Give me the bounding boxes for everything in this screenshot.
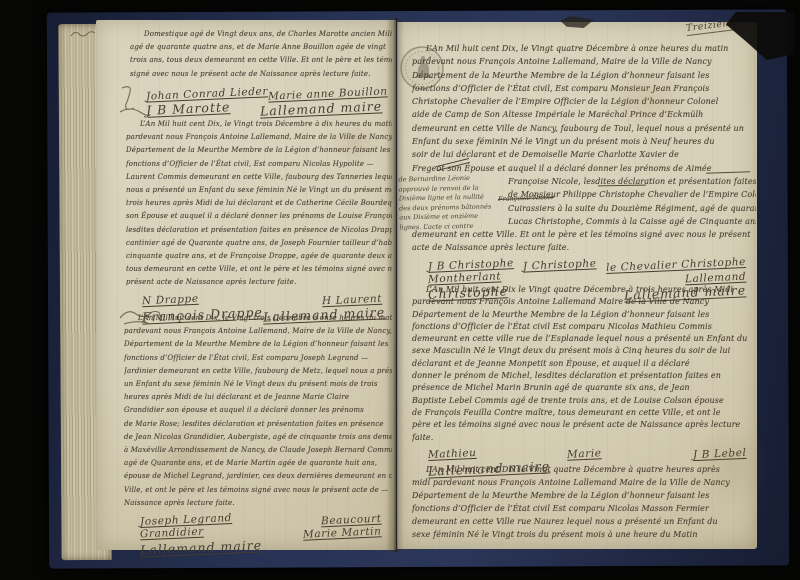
manuscript-line: Jardinier demeurant en cette Ville, faub… (124, 365, 392, 378)
manuscript-line: pardevant nous François Antoine Lalleman… (124, 325, 392, 338)
manuscript-line: son Épouse et auquel il a déclaré donner… (126, 210, 392, 223)
manuscript-line: père et les témoins signé avec nous le p… (412, 419, 756, 431)
manuscript-line: demeurant en cette Ville de Nancy, faubo… (412, 122, 756, 135)
right-page-act-masson: L’An Mil huit cent Dix le Vingt quatre D… (412, 464, 756, 541)
manuscript-lines: L’An Mil huit cent Dix le Vingt quatre D… (412, 284, 756, 444)
manuscript-line: L’An Mil huit cent Dix, le Vingt trois D… (124, 312, 392, 325)
signature-row: MathieuMarieJ B Lebel (428, 448, 746, 460)
right-page-act-mathieu: L’An Mil huit cent Dix le Vingt quatre D… (412, 284, 756, 476)
manuscript-line: demeurant en cette Ville rue Naurez lequ… (412, 516, 756, 529)
signature: J Christophe (523, 257, 597, 272)
manuscript-line: cinquante quatre ans, et de Françoise Dr… (126, 250, 392, 263)
manuscript-lines: Domestique agé de Vingt deux ans, de Cha… (130, 28, 392, 81)
manuscript-line: pardevant nous François Antoine Lalleman… (412, 55, 756, 68)
left-page-act-fragment: Domestique agé de Vingt deux ans, de Cha… (130, 28, 392, 116)
signature-row: Lallemand maire (140, 540, 382, 555)
manuscript-line: Domestique agé de Vingt deux ans, de Cha… (130, 28, 392, 41)
signature: Marie (567, 447, 602, 460)
manuscript-line: acte de Naissance après lecture faite. (412, 241, 756, 254)
manuscript-lines: L’An Mil huit cent Dix le Vingt quatre D… (412, 464, 756, 541)
manuscript-line: signé avec nous le présent acte de Naiss… (130, 68, 392, 81)
manuscript-line: agé de Quarante ans, et de Marie Martin … (124, 457, 392, 470)
manuscript-line: aide de Camp de Son Altesse Impériale le… (412, 108, 756, 121)
manuscript-line: pardevant nous François Antoine Lalleman… (412, 296, 756, 308)
manuscript-line: Cuirassiers à la suite du Douzième Régim… (508, 202, 756, 215)
signature: J B Lebel (692, 447, 746, 461)
right-page-act-christophe: L’An Mil huit cent Dix, le Vingt quatre … (412, 42, 756, 300)
manuscript-line: pardevant nous François Antoine Lalleman… (126, 131, 392, 144)
margin-paraphe-icon (70, 28, 96, 40)
signature-row: Joseph LegrandBeaucourt (140, 514, 382, 526)
manuscript-line: Ville, et ont le père et les témoins sig… (124, 484, 392, 497)
manuscript-line: Baptiste Lebel Commis agé de trente troi… (412, 395, 756, 407)
manuscript-line: fonctions d’Officier de l’État civil, Es… (126, 158, 392, 171)
left-page-act-laurent: L’An Mil huit cent Dix, le Vingt trois D… (126, 118, 392, 322)
manuscript-line: L’An Mil huit cent Dix, le Vingt trois D… (126, 118, 392, 131)
manuscript-line: Christophe Chevalier de l’Empire Officie… (412, 95, 756, 108)
manuscript-line: de François Feuilla Contre maître, tous … (412, 407, 756, 419)
manuscript-lines: L’An Mil huit cent Dix, le Vingt trois D… (124, 312, 392, 510)
manuscript-line: Lucas Christophe, Commis à la Caisse agé… (508, 215, 756, 228)
signature: Marie Martin (303, 525, 382, 540)
manuscript-line: lesdites déclaration et présentation fai… (126, 224, 392, 237)
signature-row: J B MarotteLallemand maire (146, 101, 382, 116)
signature-row: MontherlantLallemand (428, 272, 746, 284)
manuscript-line: Département de la Meurthe Membre de la L… (126, 144, 392, 157)
manuscript-line: à Maxéville Arrondissement de Nancy, de … (124, 444, 392, 457)
manuscript-line: Département de la Meurthe Membre de la L… (412, 490, 756, 503)
manuscript-line: trois heures après Midi de lui déclarant… (126, 197, 392, 210)
margin-paraphe-icon (116, 84, 152, 120)
manuscript-line: fonctions d’Officier de l’État civil, Es… (124, 352, 392, 365)
manuscript-line: Département de la Meurthe Membre de la L… (412, 69, 756, 82)
left-page-act-legrand: L’An Mil huit cent Dix, le Vingt trois D… (124, 312, 392, 555)
signature-row: J B ChristopheJ Christophele Chevalier C… (428, 259, 746, 271)
manuscript-line: épouse de Michel Legrand, jardinier, ces… (124, 470, 392, 483)
manuscript-line: tous demeurant en cette Ville, et ont le… (126, 263, 392, 276)
margin-paraphe-icon (118, 300, 162, 326)
manuscript-line: L’An Mil huit cent Dix, le Vingt quatre … (412, 42, 756, 55)
manuscript-line: heures après Midi de lui déclarant et de… (124, 391, 392, 404)
signature-row: Johan Conrad LiederMarie anne Bouillon (146, 88, 382, 100)
signature: J B Christophe (428, 257, 514, 273)
signature: Lallemand maire (140, 537, 263, 557)
manuscript-lines: L’An Mil huit cent Dix, le Vingt trois D… (126, 118, 392, 290)
manuscript-line: présent acte de Naissance après lecture … (126, 276, 392, 289)
manuscript-line: Grandidier son épouse et auquel il a déc… (124, 404, 392, 417)
manuscript-line: Laurent Commis demeurant en cette Ville,… (126, 171, 392, 184)
manuscript-line: déclarant et de Jeanne Monpetit son Épou… (412, 358, 756, 370)
signature-block: Johan Conrad LiederMarie anne BouillonJ … (130, 88, 392, 116)
manuscript-line: fonctions d’Officier de l’État civil Est… (412, 503, 756, 516)
manuscript-line: de Jean Nicolas Grandidier, Aubergiste, … (124, 431, 392, 444)
manuscript-line: sexe Masculin Né le Vingt deux du présen… (412, 345, 756, 357)
manuscript-line: fonctions d’Officier de l’État civil, Es… (412, 82, 756, 95)
manuscript-line: présence de Michel Marin Brunin agé de q… (412, 382, 756, 394)
signature-block: Joseph LegrandBeaucourtGrandidierMarie M… (124, 514, 392, 555)
manuscript-line: cantinier agé de Quarante quatre ans, de… (126, 237, 392, 250)
manuscript-line: donner le prénom de Michel, lesdites déc… (412, 370, 756, 382)
signature: Grandidier (140, 526, 204, 541)
signature: J B Marotte (146, 99, 231, 118)
manuscript-line: un Enfant du sexe féminin Né le Vingt de… (124, 378, 392, 391)
manuscript-line: nous a présenté un Enfant du sexe fémini… (126, 184, 392, 197)
manuscript-line: trois ans, tous deux demeurant en cette … (130, 54, 392, 67)
manuscript-line: Département de la Meurthe Membre de la L… (124, 338, 392, 351)
manuscript-line: Enfant du sexe féminin Né le Vingt un du… (412, 135, 756, 148)
manuscript-line: L’An Mil huit cent Dix le Vingt quatre D… (412, 464, 756, 477)
manuscript-line: midi pardevant nous François Antoine Lal… (412, 477, 756, 490)
manuscript-line: agé de quarante quatre ans, et de Marie … (130, 41, 392, 54)
manuscript-line: fonctions d’Officier de l’État civil Est… (412, 321, 756, 333)
manuscript-line: sexe féminin Né le Vingt trois du présen… (412, 529, 756, 542)
manuscript-line: Françoise Nicole, lesdites déclaration e… (508, 175, 756, 188)
signature: Mathieu (428, 447, 477, 461)
manuscript-line: demeurant en cette ville rue de l’Esplan… (412, 333, 756, 345)
manuscript-line: faite. (412, 432, 756, 444)
manuscript-line: de Marie Rose; lesdites déclaration et p… (124, 418, 392, 431)
manuscript-line: L’An Mil huit cent Dix le Vingt quatre D… (412, 284, 756, 296)
manuscript-line: Naissance après lecture faite. (124, 497, 392, 510)
margin-annotation: de Bernardine Léonieapprouvé le renvoi d… (398, 173, 537, 233)
manuscript-line: Département de la Meurthe Membre de la L… (412, 309, 756, 321)
